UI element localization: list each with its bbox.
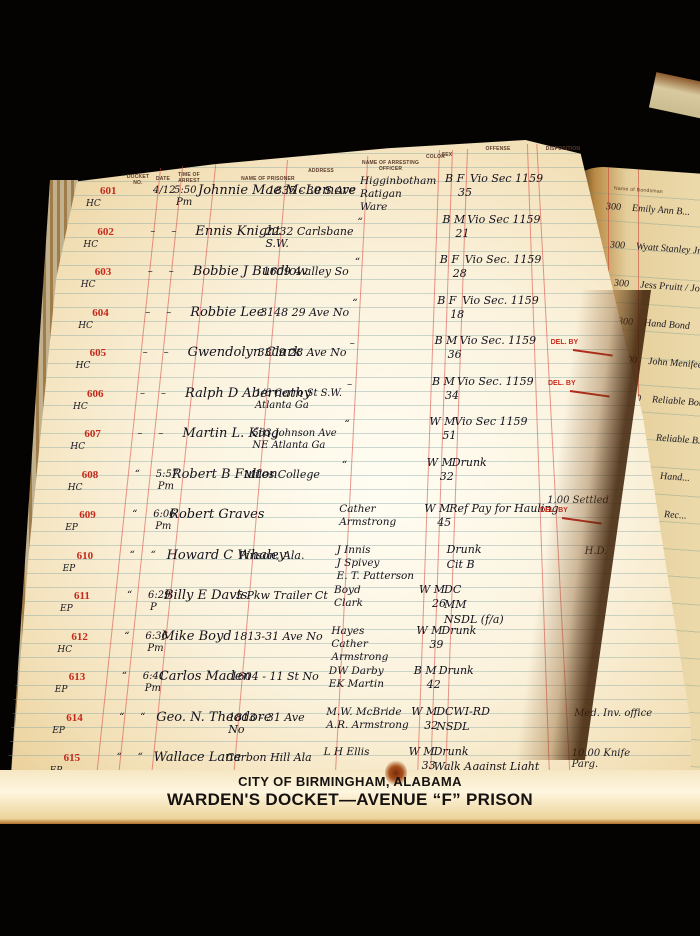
margin-code: HC	[68, 483, 83, 493]
arrest-date: “	[130, 550, 135, 561]
margin-code: EP	[52, 726, 65, 736]
prisoner-address: 1/6 Cerro St S.W. Atlanta Ga	[255, 388, 350, 412]
column-header-disposition: Disposition	[538, 146, 588, 152]
margin-code: HC	[78, 321, 93, 331]
arrest-time: 5:50	[174, 185, 196, 196]
arrest-date: –	[143, 347, 148, 358]
ledger-title-city: CITY OF BIRMINGHAM, ALABAMA	[0, 774, 700, 789]
offense: Vio Sec 1159	[470, 171, 543, 186]
prisoner-address: 1813 - 31 Ave No	[228, 712, 323, 736]
arresting-officer: “	[357, 216, 362, 229]
prisoner-name: Billy E Davis	[164, 588, 247, 603]
column-header-color: Color	[426, 154, 440, 160]
arresting-officer: –	[347, 378, 352, 391]
arrest-date: “	[127, 590, 132, 601]
prisoner-address: 1835 - 30 S Ave	[268, 185, 363, 197]
margin-code: EP	[65, 523, 78, 533]
arrest-time-ampm: Pm	[158, 481, 174, 492]
prisoner-address: 3148 29 Ave No	[260, 307, 355, 319]
offense: Vio Sec 1159	[467, 212, 540, 227]
offense: Vio Sec. 1159	[460, 333, 537, 348]
arrest-date: 4/12	[153, 185, 175, 196]
arresting-officer: “	[342, 459, 347, 472]
arresting-officer: Cather Armstrong	[339, 503, 396, 529]
arrest-date: “	[135, 469, 140, 480]
docket-number: 602	[97, 226, 114, 238]
docket-number: 613	[69, 671, 86, 683]
arrest-date: –	[145, 307, 150, 318]
docket-entry: 601HC4/125:50PmJohnnie Mae McLemore1835 …	[8, 185, 698, 225]
age: 39	[429, 637, 443, 652]
margin-code: HC	[86, 199, 101, 209]
offense: DC MM NSDL (f/a)	[444, 582, 504, 627]
age: 51	[442, 428, 456, 443]
prisoner-address: Pinson, Ala.	[239, 550, 334, 562]
arrest-time-ampm: Pm	[147, 643, 163, 654]
color-sex: B M	[435, 333, 458, 348]
column-header-officer: Name of Arresting Officer	[353, 160, 428, 172]
margin-code: EP	[60, 604, 73, 614]
prisoner-address: Miles College	[244, 469, 339, 481]
prisoner-address: 1609 4 alley So	[263, 266, 358, 278]
prisoner-address: 5 Pkw Trailer Ct	[236, 590, 331, 602]
color-sex: B M	[442, 212, 465, 227]
column-header-name: Name of Prisoner	[213, 176, 323, 182]
arrest-time: –	[166, 307, 171, 318]
prisoner-address: 2232 Carlsbane S.W.	[265, 226, 360, 250]
color-sex: W M	[409, 744, 435, 759]
margin-code: HC	[57, 645, 72, 655]
color-sex: W M	[416, 623, 442, 638]
offense: Vio Sec. 1159	[457, 374, 534, 389]
age: 28	[453, 266, 467, 281]
arrest-time: “	[140, 712, 145, 723]
margin-code: HC	[76, 361, 91, 371]
color-sex: B F	[440, 252, 459, 267]
arrest-date: “	[117, 752, 122, 763]
column-header-date: Date	[151, 176, 175, 182]
arresting-officer: M.W. McBride A.R. Armstrong	[326, 706, 409, 732]
arresting-officer: J Innis J Spivey E. T. Patterson	[337, 544, 414, 583]
color-sex: W M	[419, 582, 445, 597]
docket-number: 615	[64, 752, 81, 764]
arresting-officer: “	[352, 297, 357, 310]
arresting-officer: “	[344, 418, 349, 431]
offense: Vio Sec. 1159	[465, 252, 542, 267]
color-sex: B M	[414, 663, 437, 678]
arrest-time: “	[151, 550, 156, 561]
prisoner-address: 563 Johnson Ave NE Atlanta Ga	[252, 428, 347, 452]
docket-number: 611	[74, 590, 90, 602]
age: 18	[450, 307, 464, 322]
arresting-officer: DW Darby EK Martin	[329, 665, 384, 691]
age: 36	[448, 347, 462, 362]
arrest-time: –	[169, 266, 174, 277]
docket-number: 606	[87, 388, 104, 400]
color-sex: B F	[445, 171, 464, 186]
arresting-officer: Higginbotham Ratigan Ware	[360, 175, 436, 214]
color-sex: W M	[429, 414, 455, 429]
offense: DCWI-RD NSDL	[436, 704, 490, 734]
arrest-date: –	[148, 266, 153, 277]
docket-number: 614	[66, 712, 83, 724]
age: 32	[440, 469, 454, 484]
arrest-date: “	[122, 671, 127, 682]
margin-code: HC	[73, 402, 88, 412]
prisoner-name: Robert Graves	[169, 507, 264, 522]
torn-paper-scrap	[649, 72, 700, 120]
prisoner-address: 3309 28 Ave No	[258, 347, 353, 359]
arrest-date: –	[140, 388, 145, 399]
arresting-officer: Hayes Cather Armstrong	[331, 625, 388, 664]
arrest-date: “	[119, 712, 124, 723]
docket-number: 603	[95, 266, 112, 278]
docket-number: 609	[79, 509, 96, 521]
arrest-time-ampm: Pm	[176, 197, 192, 208]
age: 45	[437, 515, 451, 530]
arrest-time: –	[171, 226, 176, 237]
arrest-date: –	[150, 226, 155, 237]
ledger-title-docket: WARDEN'S DOCKET—AVENUE “F” PRISON	[0, 790, 700, 810]
prisoner-name: Robbie Lee	[190, 305, 264, 320]
prisoner-address: Carbon Hill Ala	[226, 752, 321, 764]
arresting-officer: Boyd Clark	[334, 584, 363, 610]
column-header-sex: Sex	[440, 152, 454, 158]
arrest-time: –	[158, 428, 163, 439]
docket-number: 607	[84, 428, 101, 440]
docket-number: 612	[71, 631, 88, 643]
offense: Vio Sec. 1159	[462, 293, 539, 308]
offense: Drunk Cit B	[447, 542, 482, 572]
photo-scene: Name of Bondsman 300Emily Ann B...300Wya…	[0, 0, 700, 936]
color-sex: W M	[411, 704, 437, 719]
docket-number: 601	[100, 185, 117, 197]
docket-entry: 602HC––Ennis Knight2232 Carlsbane S.W.“B…	[8, 226, 698, 266]
color-sex: B M	[432, 374, 455, 389]
arrest-time-ampm: Pm	[145, 683, 161, 694]
arrest-date: “	[132, 509, 137, 520]
offense: Vio Sec 1159	[454, 414, 527, 429]
arrest-time-ampm: Pm	[155, 521, 171, 532]
margin-code: HC	[81, 280, 96, 290]
margin-code: EP	[55, 685, 68, 695]
margin-code: HC	[70, 442, 85, 452]
offense: Drunk	[452, 455, 487, 470]
margin-code: EP	[63, 564, 76, 574]
offense: Drunk	[441, 623, 476, 638]
arrest-time: “	[138, 752, 143, 763]
docket-number: 605	[90, 347, 107, 359]
margin-code: HC	[83, 240, 98, 250]
docket-number: 608	[82, 469, 99, 481]
arresting-officer: –	[350, 337, 355, 350]
prisoner-name: Mike Boyd	[161, 629, 231, 644]
prisoner-address: 1604 - 11 St No	[231, 671, 326, 683]
color-sex: B F	[437, 293, 456, 308]
age: 26	[432, 596, 446, 611]
docket-number: 604	[92, 307, 109, 319]
arresting-officer: L H Ellis	[324, 746, 370, 759]
age: 42	[427, 677, 441, 692]
arrest-date: “	[124, 631, 129, 642]
age: 35	[458, 185, 472, 200]
arrest-date: –	[137, 428, 142, 439]
arrest-time: –	[164, 347, 169, 358]
offense: Drunk	[439, 663, 474, 678]
arresting-officer: “	[355, 256, 360, 269]
age: 34	[445, 388, 459, 403]
arrest-time-ampm: P	[150, 602, 157, 613]
color-sex: W M	[427, 455, 453, 470]
age: 32	[424, 718, 438, 733]
color-sex: W M	[424, 501, 450, 516]
prisoner-address: 1813-31 Ave No	[233, 631, 328, 643]
column-header-offense: Offense	[473, 146, 523, 152]
age: 21	[455, 226, 469, 241]
docket-number: 610	[77, 550, 94, 562]
arrest-time: –	[161, 388, 166, 399]
